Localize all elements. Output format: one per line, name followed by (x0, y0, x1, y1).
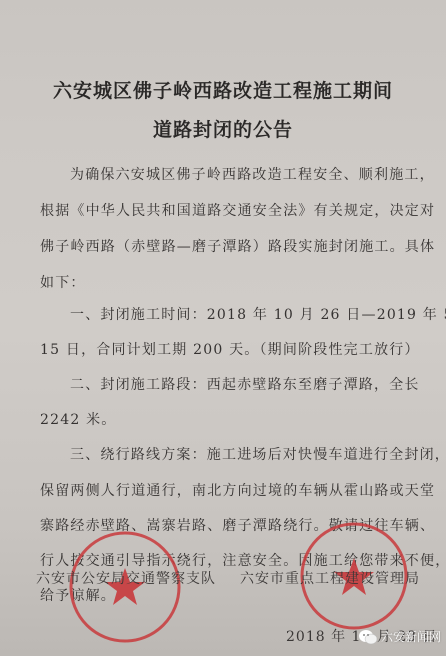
signatory-construction-bureau: 六安市重点工程建设管理局 (240, 568, 420, 588)
notice-title-line-2: 道路封闭的公告 (0, 115, 446, 142)
body-line: 佛子岭西路（赤壁路—磨子潭路）路段实施封闭施工。具体 (40, 236, 435, 256)
body-line: 15 日，合同计划工期 200 天。（期间阶段性完工放行） (40, 339, 420, 359)
section-three-detour: 三、绕行路线方案：施工进场后对快慢车道进行全封闭， (70, 444, 446, 464)
body-line: 为确保六安城区佛子岭西路改造工程安全、顺利施工， (70, 164, 435, 184)
section-two-road: 二、封闭施工路段：西起赤壁路东至磨子潭路，全长 (70, 374, 420, 394)
body-line: 保留两侧人行道通行，南北方向过境的车辆从霍山路或天堂 (40, 480, 435, 500)
notice-title-line-1: 六安城区佛子岭西路改造工程施工期间 (0, 76, 446, 103)
section-one-time: 一、封闭施工时间：2018 年 10 月 26 日—2019 年 5 月 (70, 304, 446, 324)
notice-document: 六安城区佛子岭西路改造工程施工期间 道路封闭的公告 为确保六安城区佛子岭西路改造… (0, 0, 446, 656)
body-line: 如下： (40, 272, 86, 292)
body-line: 根据《中华人民共和国道路交通安全法》有关规定，决定对 (40, 200, 435, 220)
signatory-traffic-police: 六安市公安局交通警察支队 (36, 568, 216, 588)
wechat-icon (358, 629, 378, 645)
body-line: 2242 米。 (40, 409, 116, 429)
source-watermark: 六安新闻网 (358, 628, 441, 645)
watermark-label: 六安新闻网 (381, 628, 441, 645)
